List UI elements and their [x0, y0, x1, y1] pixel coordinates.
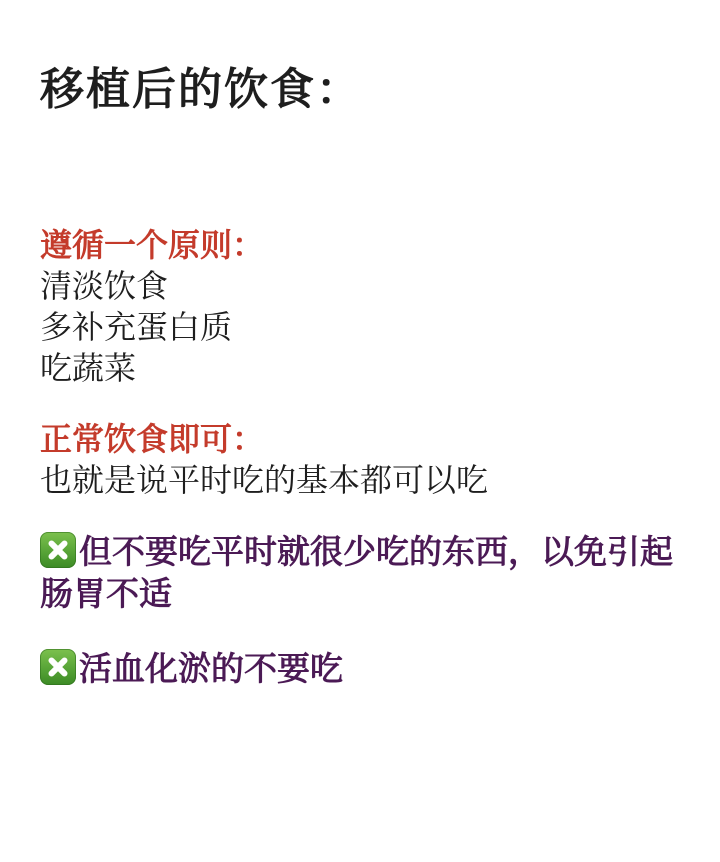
warning-line: 活血化淤的不要吃	[40, 648, 680, 690]
principle-item: 多补充蛋白质	[40, 307, 680, 348]
normal-diet-section: 正常饮食即可： 也就是说平时吃的基本都可以吃	[40, 419, 680, 501]
warning-text: 但不要吃平时就很少吃的东西，以免引起肠胃不适	[40, 533, 673, 612]
cross-mark-button-icon	[40, 649, 76, 685]
principle-item: 吃蔬菜	[40, 348, 680, 389]
page-title: 移植后的饮食：	[40, 64, 680, 117]
normal-diet-body: 也就是说平时吃的基本都可以吃	[40, 460, 680, 501]
cross-mark-button-icon	[40, 532, 76, 568]
principle-heading: 遵循一个原则：	[40, 225, 680, 266]
warning-text: 活血化淤的不要吃	[79, 650, 343, 687]
principle-section: 遵循一个原则： 清淡饮食 多补充蛋白质 吃蔬菜	[40, 225, 680, 389]
warning-line: 但不要吃平时就很少吃的东西，以免引起肠胃不适	[40, 531, 680, 615]
principle-item: 清淡饮食	[40, 266, 680, 307]
normal-diet-heading: 正常饮食即可：	[40, 419, 680, 460]
